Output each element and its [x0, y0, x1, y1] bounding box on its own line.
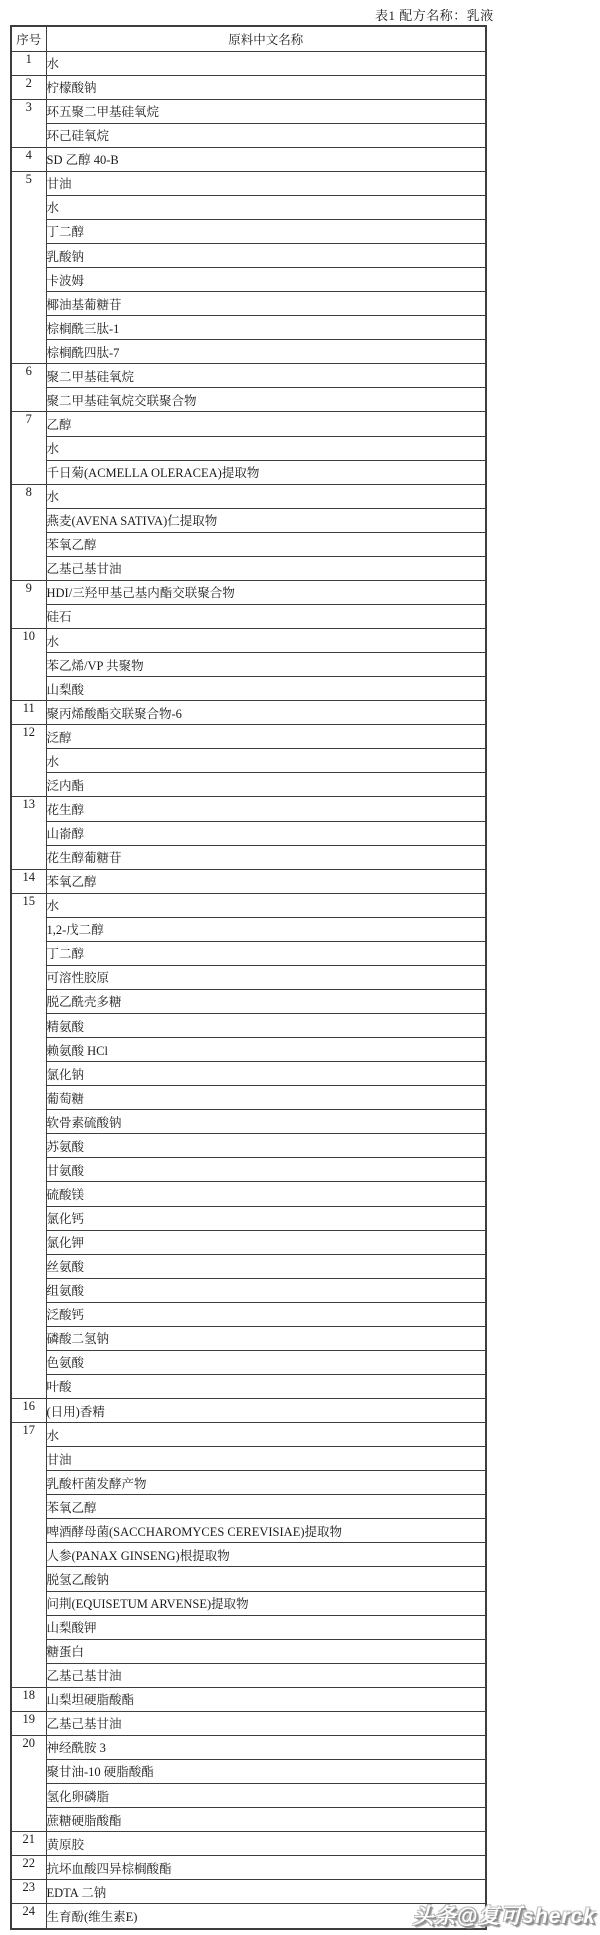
- serial-cell: 18: [11, 1687, 46, 1711]
- ingredient-cell: 水: [46, 749, 486, 773]
- ingredient-cell: 水: [46, 893, 486, 917]
- ingredient-cell: 花生醇葡糖苷: [46, 845, 486, 869]
- ingredient-cell: 乙基己基甘油: [46, 1711, 486, 1735]
- table-row: 丁二醇: [11, 941, 486, 965]
- table-row: 苯氧乙醇: [11, 532, 486, 556]
- serial-cell: 23: [11, 1880, 46, 1904]
- table-row: 硫酸镁: [11, 1182, 486, 1206]
- serial-cell: 1: [11, 51, 46, 75]
- table-row: 蔗糖硬脂酸酯: [11, 1808, 486, 1832]
- table-row: 花生醇葡糖苷: [11, 845, 486, 869]
- ingredient-cell: 水: [46, 436, 486, 460]
- ingredient-cell: 苯氧乙醇: [46, 1495, 486, 1519]
- ingredient-cell: 乙醇: [46, 412, 486, 436]
- ingredient-cell: 花生醇: [46, 797, 486, 821]
- serial-cell: 12: [11, 725, 46, 797]
- table-row: 聚甘油-10 硬脂酸酯: [11, 1759, 486, 1783]
- table-row: 泛内酯: [11, 773, 486, 797]
- table-row: 12泛醇: [11, 725, 486, 749]
- ingredient-cell: 葡萄糖: [46, 1086, 486, 1110]
- ingredient-cell: 乙基己基甘油: [46, 1663, 486, 1687]
- ingredient-cell: 问荆(EQUISETUM ARVENSE)提取物: [46, 1591, 486, 1615]
- ingredient-cell: 黄原胶: [46, 1832, 486, 1856]
- table-row: 1水: [11, 51, 486, 75]
- serial-cell: 22: [11, 1856, 46, 1880]
- serial-cell: 6: [11, 364, 46, 412]
- ingredient-cell: 水: [46, 484, 486, 508]
- table-row: 啤酒酵母菌(SACCHAROMYCES CEREVISIAE)提取物: [11, 1519, 486, 1543]
- ingredient-cell: 组氨酸: [46, 1278, 486, 1302]
- table-row: 22抗坏血酸四异棕榈酸酯: [11, 1856, 486, 1880]
- ingredient-cell: 乳酸杆菌发酵产物: [46, 1471, 486, 1495]
- table-row: 2柠檬酸钠: [11, 75, 486, 99]
- table-row: 乙基己基甘油: [11, 556, 486, 580]
- ingredient-cell: 神经酰胺 3: [46, 1735, 486, 1759]
- table-row: 10水: [11, 629, 486, 653]
- table-row: 16(日用)香精: [11, 1399, 486, 1423]
- ingredient-cell: 聚二甲基硅氧烷: [46, 364, 486, 388]
- serial-cell: 7: [11, 412, 46, 484]
- table-header: 序号 原料中文名称: [11, 26, 486, 51]
- ingredient-cell: 啤酒酵母菌(SACCHAROMYCES CEREVISIAE)提取物: [46, 1519, 486, 1543]
- ingredient-cell: 蔗糖硬脂酸酯: [46, 1808, 486, 1832]
- table-row: 苯氧乙醇: [11, 1495, 486, 1519]
- table-row: 千日菊(ACMELLA OLERACEA)提取物: [11, 460, 486, 484]
- table-row: 乳酸杆菌发酵产物: [11, 1471, 486, 1495]
- table-row: 精氨酸: [11, 1014, 486, 1038]
- ingredient-cell: 脱氢乙酸钠: [46, 1567, 486, 1591]
- ingredient-cell: 山嵛醇: [46, 821, 486, 845]
- ingredient-cell: 脱乙酰壳多糖: [46, 989, 486, 1013]
- serial-cell: 9: [11, 580, 46, 628]
- ingredient-cell: 硅石: [46, 604, 486, 628]
- ingredient-cell: 山梨坦硬脂酸酯: [46, 1687, 486, 1711]
- ingredient-cell: 棕榈酰四肽-7: [46, 340, 486, 364]
- ingredient-cell: 氯化钠: [46, 1062, 486, 1086]
- table-row: 3环五聚二甲基硅氧烷: [11, 99, 486, 123]
- table-row: 7乙醇: [11, 412, 486, 436]
- table-row: 人参(PANAX GINSENG)根提取物: [11, 1543, 486, 1567]
- table-row: 燕麦(AVENA SATIVA)仁提取物: [11, 508, 486, 532]
- ingredient-cell: 苯氧乙醇: [46, 869, 486, 893]
- table-row: 14苯氧乙醇: [11, 869, 486, 893]
- column-header-serial: 序号: [11, 26, 46, 51]
- table-row: 苏氨酸: [11, 1134, 486, 1158]
- ingredient-cell: 泛酸钙: [46, 1302, 486, 1326]
- ingredient-cell: 软骨素硫酸钠: [46, 1110, 486, 1134]
- table-row: 赖氨酸 HCl: [11, 1038, 486, 1062]
- table-row: 脱氢乙酸钠: [11, 1567, 486, 1591]
- ingredient-cell: 苯氧乙醇: [46, 532, 486, 556]
- table-row: 18山梨坦硬脂酸酯: [11, 1687, 486, 1711]
- table-row: 山嵛醇: [11, 821, 486, 845]
- ingredient-cell: 氢化卵磷脂: [46, 1784, 486, 1808]
- ingredient-cell: 水: [46, 195, 486, 219]
- table-row: 乙基己基甘油: [11, 1663, 486, 1687]
- table-row: 棕榈酰四肽-7: [11, 340, 486, 364]
- table-row: 软骨素硫酸钠: [11, 1110, 486, 1134]
- ingredient-cell: 可溶性胶原: [46, 965, 486, 989]
- ingredient-cell: 千日菊(ACMELLA OLERACEA)提取物: [46, 460, 486, 484]
- column-header-ingredient-name: 原料中文名称: [46, 26, 486, 51]
- serial-cell: 24: [11, 1904, 46, 1929]
- serial-cell: 11: [11, 701, 46, 725]
- serial-cell: 21: [11, 1832, 46, 1856]
- table-row: 乳酸钠: [11, 244, 486, 268]
- ingredient-cell: 聚丙烯酸酯交联聚合物-6: [46, 701, 486, 725]
- table-row: 17水: [11, 1423, 486, 1447]
- ingredient-cell: 燕麦(AVENA SATIVA)仁提取物: [46, 508, 486, 532]
- ingredient-cell: 甘氨酸: [46, 1158, 486, 1182]
- ingredient-cell: 卡波姆: [46, 268, 486, 292]
- ingredient-cell: 精氨酸: [46, 1014, 486, 1038]
- ingredient-cell: 赖氨酸 HCl: [46, 1038, 486, 1062]
- serial-cell: 4: [11, 147, 46, 171]
- table-row: 山梨酸钾: [11, 1615, 486, 1639]
- table-row: 水: [11, 195, 486, 219]
- ingredient-cell: 苯乙烯/VP 共聚物: [46, 653, 486, 677]
- ingredient-cell: 乳酸钠: [46, 244, 486, 268]
- ingredient-cell: (日用)香精: [46, 1399, 486, 1423]
- ingredient-cell: 水: [46, 629, 486, 653]
- serial-cell: 14: [11, 869, 46, 893]
- table-row: 葡萄糖: [11, 1086, 486, 1110]
- table-row: 色氨酸: [11, 1350, 486, 1374]
- ingredient-cell: 氯化钾: [46, 1230, 486, 1254]
- ingredient-cell: 水: [46, 1423, 486, 1447]
- table-row: 叶酸: [11, 1374, 486, 1398]
- table-row: 氯化钙: [11, 1206, 486, 1230]
- table-row: 5甘油: [11, 171, 486, 195]
- ingredient-cell: 丁二醇: [46, 219, 486, 243]
- ingredient-cell: 聚甘油-10 硬脂酸酯: [46, 1759, 486, 1783]
- ingredient-cell: 山梨酸钾: [46, 1615, 486, 1639]
- ingredient-cell: 聚二甲基硅氧烷交联聚合物: [46, 388, 486, 412]
- table-row: 甘氨酸: [11, 1158, 486, 1182]
- table-row: 1,2-戊二醇: [11, 917, 486, 941]
- ingredient-cell: 色氨酸: [46, 1350, 486, 1374]
- ingredient-cell: HDI/三羟甲基己基内酯交联聚合物: [46, 580, 486, 604]
- ingredient-cell: 甘油: [46, 1447, 486, 1471]
- table-row: 脱乙酰壳多糖: [11, 989, 486, 1013]
- ingredient-cell: 环五聚二甲基硅氧烷: [46, 99, 486, 123]
- table-row: 可溶性胶原: [11, 965, 486, 989]
- ingredient-cell: 山梨酸: [46, 677, 486, 701]
- ingredient-cell: SD 乙醇 40-B: [46, 147, 486, 171]
- table-row: 13花生醇: [11, 797, 486, 821]
- table-row: 棕榈酰三肽-1: [11, 316, 486, 340]
- ingredient-cell: 糖蛋白: [46, 1639, 486, 1663]
- serial-cell: 17: [11, 1423, 46, 1688]
- ingredient-cell: 叶酸: [46, 1374, 486, 1398]
- ingredient-cell: 棕榈酰三肽-1: [46, 316, 486, 340]
- table-row: 水: [11, 749, 486, 773]
- serial-cell: 8: [11, 484, 46, 580]
- ingredient-cell: 磷酸二氢钠: [46, 1326, 486, 1350]
- table-row: 20神经酰胺 3: [11, 1735, 486, 1759]
- serial-cell: 13: [11, 797, 46, 869]
- table-row: 椰油基葡糖苷: [11, 292, 486, 316]
- ingredient-cell: 硫酸镁: [46, 1182, 486, 1206]
- table-row: 泛酸钙: [11, 1302, 486, 1326]
- serial-cell: 2: [11, 75, 46, 99]
- formula-ingredients-table: 序号 原料中文名称 1水2柠檬酸钠3环五聚二甲基硅氧烷环己硅氧烷4SD 乙醇 4…: [10, 25, 487, 1930]
- ingredient-cell: 水: [46, 51, 486, 75]
- table-row: 9HDI/三羟甲基己基内酯交联聚合物: [11, 580, 486, 604]
- ingredient-cell: 柠檬酸钠: [46, 75, 486, 99]
- ingredient-cell: 椰油基葡糖苷: [46, 292, 486, 316]
- table-row: 4SD 乙醇 40-B: [11, 147, 486, 171]
- ingredient-cell: 环己硅氧烷: [46, 123, 486, 147]
- page-title: 表1 配方名称：乳液: [375, 5, 494, 24]
- ingredient-cell: 人参(PANAX GINSENG)根提取物: [46, 1543, 486, 1567]
- serial-cell: 3: [11, 99, 46, 147]
- table-row: 糖蛋白: [11, 1639, 486, 1663]
- ingredient-cell: 丝氨酸: [46, 1254, 486, 1278]
- table-row: 问荆(EQUISETUM ARVENSE)提取物: [11, 1591, 486, 1615]
- ingredient-cell: 苏氨酸: [46, 1134, 486, 1158]
- table-row: 水: [11, 436, 486, 460]
- serial-cell: 16: [11, 1399, 46, 1423]
- serial-cell: 20: [11, 1735, 46, 1831]
- serial-cell: 5: [11, 171, 46, 364]
- serial-cell: 19: [11, 1711, 46, 1735]
- table-row: 氯化钠: [11, 1062, 486, 1086]
- ingredient-cell: 抗坏血酸四异棕榈酸酯: [46, 1856, 486, 1880]
- table-row: 21黄原胶: [11, 1832, 486, 1856]
- table-row: 组氨酸: [11, 1278, 486, 1302]
- serial-cell: 10: [11, 629, 46, 701]
- ingredient-cell: 1,2-戊二醇: [46, 917, 486, 941]
- table-row: 15水: [11, 893, 486, 917]
- ingredient-cell: 乙基己基甘油: [46, 556, 486, 580]
- table-row: 19乙基己基甘油: [11, 1711, 486, 1735]
- table-row: 甘油: [11, 1447, 486, 1471]
- table-row: 山梨酸: [11, 677, 486, 701]
- table-row: 氢化卵磷脂: [11, 1784, 486, 1808]
- header-row: 序号 原料中文名称: [11, 26, 486, 51]
- ingredient-cell: 泛内酯: [46, 773, 486, 797]
- table-row: 氯化钾: [11, 1230, 486, 1254]
- table-row: 丁二醇: [11, 219, 486, 243]
- watermark: 头条@复可sherck: [413, 1900, 596, 1930]
- table-row: 环己硅氧烷: [11, 123, 486, 147]
- ingredient-cell: 氯化钙: [46, 1206, 486, 1230]
- table-row: 11聚丙烯酸酯交联聚合物-6: [11, 701, 486, 725]
- ingredient-cell: 泛醇: [46, 725, 486, 749]
- ingredient-cell: 甘油: [46, 171, 486, 195]
- table-row: 8水: [11, 484, 486, 508]
- table-row: 丝氨酸: [11, 1254, 486, 1278]
- ingredient-cell: 丁二醇: [46, 941, 486, 965]
- table-row: 聚二甲基硅氧烷交联聚合物: [11, 388, 486, 412]
- table-row: 硅石: [11, 604, 486, 628]
- table-row: 卡波姆: [11, 268, 486, 292]
- table-row: 苯乙烯/VP 共聚物: [11, 653, 486, 677]
- table-body: 1水2柠檬酸钠3环五聚二甲基硅氧烷环己硅氧烷4SD 乙醇 40-B5甘油水丁二醇…: [11, 51, 486, 1929]
- table-row: 6聚二甲基硅氧烷: [11, 364, 486, 388]
- table-row: 磷酸二氢钠: [11, 1326, 486, 1350]
- serial-cell: 15: [11, 893, 46, 1398]
